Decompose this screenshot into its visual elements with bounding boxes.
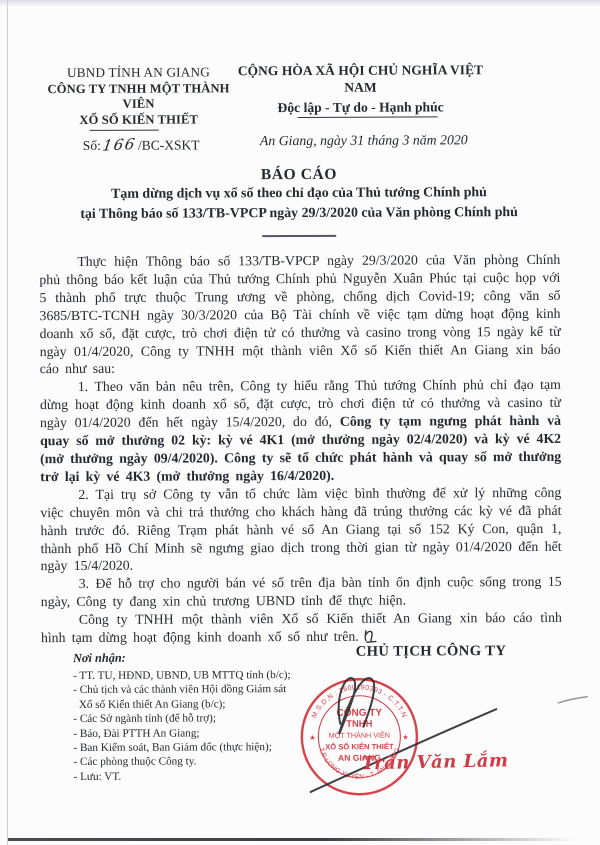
doc-number-label: Số:: [83, 138, 101, 153]
doc-number-suffix: /BC-XSKT: [138, 137, 200, 152]
motto-divider-rule: [298, 116, 438, 118]
org-parent: UBND TỈNH AN GIANG: [46, 64, 230, 81]
report-subtitle-line1: Tạm dừng dịch vụ xổ số theo chỉ đạo của …: [29, 183, 569, 206]
national-header-block: CỘNG HÒA XÃ HỘI CHỦ NGHĨA VIỆT NAM Độc l…: [226, 61, 494, 117]
paragraph-3: 3. Để hỗ trợ cho người bán vé số trên đị…: [41, 573, 562, 611]
doc-number: Số:166/BC-XSKT: [83, 135, 200, 154]
place-and-date: An Giang, ngày 31 tháng 3 năm 2020: [239, 132, 489, 149]
handwritten-signature-icon: [294, 665, 597, 806]
report-subtitle-line2: tại Thông báo số 133/TB-VPCP ngày 29/3/2…: [29, 203, 569, 226]
paragraph-2: 2. Tại trụ sở Công ty vẫn tổ chức làm vi…: [40, 484, 561, 576]
org-divider-rule: [90, 130, 159, 132]
scanned-official-document: UBND TỈNH AN GIANG CÔNG TY TNHH MỘT THÀN…: [0, 0, 600, 845]
recipients-label: Nơi nhận:: [73, 650, 333, 666]
signer-name: Trần Văn Lắm: [361, 749, 551, 774]
signer-title: CHỦ TỊCH CÔNG TY: [331, 643, 531, 661]
national-title: CỘNG HÒA XÃ HỘI CHỦ NGHĨA VIỆT NAM: [226, 61, 494, 97]
paragraph-closing: Công ty TNHH một thành viên Xổ số Kiến t…: [41, 609, 562, 647]
handwritten-paraph-mark: [363, 629, 379, 644]
report-body: Thực hiện Thông báo số 133/TB-VPCP ngày …: [39, 251, 562, 647]
issuing-org-block: UBND TỈNH AN GIANG CÔNG TY TNHH MỘT THÀN…: [46, 64, 230, 129]
paragraph-1: 1. Theo văn bản nêu trên, Công ty hiểu r…: [40, 376, 561, 486]
org-name-line1: CÔNG TY TNHH MỘT THÀNH VIÊN: [47, 81, 231, 113]
document-content: UBND TỈNH AN GIANG CÔNG TY TNHH MỘT THÀN…: [0, 0, 600, 845]
report-title-block: BÁO CÁO Tạm dừng dịch vụ xổ số theo chỉ …: [29, 165, 569, 226]
org-name-line2: XỔ SỐ KIẾN THIẾT: [47, 112, 231, 129]
doc-number-handwritten: 166: [101, 135, 137, 155]
national-motto: Độc lập - Tự do - Hạnh phúc: [227, 98, 495, 117]
title-divider-rule: [262, 235, 336, 237]
doc-type-title: BÁO CÁO: [29, 165, 569, 185]
paragraph-intro: Thực hiện Thông báo số 133/TB-VPCP ngày …: [39, 251, 561, 379]
